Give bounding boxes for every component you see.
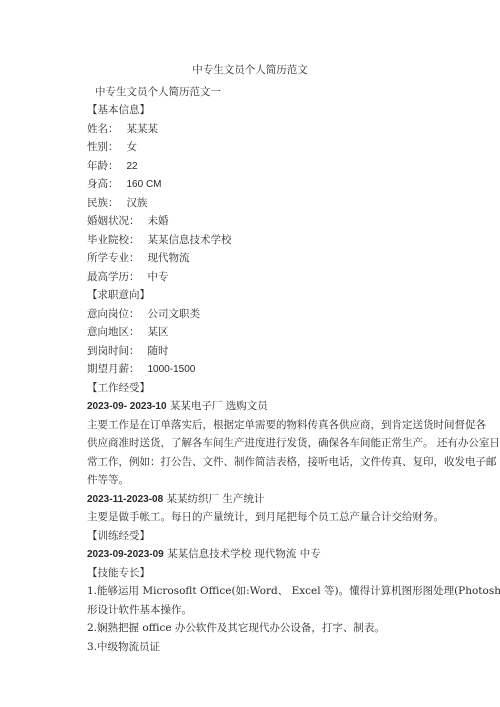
resume-subtitle-one: 中专生文员个人简历范文一 (95, 85, 221, 99)
field-age: 年龄：22 (87, 159, 138, 174)
field-value: 现代物流 (148, 252, 190, 264)
field-school: 毕业院校：某某信息技术学校 (87, 233, 232, 247)
field-value: 某区 (148, 326, 169, 338)
field-marital-status: 婚姻状况：未婚 (87, 214, 169, 228)
field-value: 公司文职类 (148, 308, 201, 320)
field-value: 汉族 (127, 197, 148, 209)
field-label: 期望月薪： (87, 362, 140, 376)
work-period: 2023-09- 2023-10 (87, 401, 167, 412)
training-entry: 2023-09-2023-09 某某信息技术学校 现代物流 中专 (87, 547, 321, 562)
field-height: 身高：160 CM (87, 177, 162, 192)
work-entry-2-header: 2023-11-2023-08 某某纺织厂 生产统计 (87, 492, 264, 507)
work-org-role: 某某纺织厂 生产统计 (167, 493, 265, 505)
field-major: 所学专业：现代物流 (87, 251, 190, 265)
field-value: 中专 (148, 271, 169, 283)
field-name: 姓名：某某某 (87, 122, 158, 136)
field-start-time: 到岗时间：随时 (87, 344, 169, 358)
field-value: 某某信息技术学校 (148, 234, 232, 246)
work-org-role: 某某电子厂 选购文员 (170, 400, 268, 412)
skill-line: 2.娴熟把握 office 办公软件及其它现代办公设备，打字、制表。 (87, 621, 385, 635)
skill-line: 3.中级物流员证 (87, 640, 160, 654)
field-expected-salary: 期望月薪：1000-1500 (87, 362, 195, 377)
field-label: 最高学历： (87, 270, 140, 284)
section-work-experience: 【工作经受】 (87, 381, 150, 395)
work-entry-1-header: 2023-09- 2023-10 某某电子厂 选购文员 (87, 399, 268, 414)
work-entry-1-desc-line: 件等等。 (87, 473, 129, 487)
work-period: 2023-11-2023-08 (87, 494, 163, 505)
work-entry-2-desc-line: 主要是做手帐工。每日的产量统计，到月尾把每个员工总产量合计交给财务。 (87, 510, 444, 524)
field-value: 女 (127, 141, 138, 153)
section-basic-info: 【基本信息】 (87, 103, 150, 117)
document-page: 中专生文员个人简历范文 中专生文员个人简历范文一 【基本信息】 姓名：某某某 性… (0, 0, 500, 707)
field-label: 意向地区： (87, 325, 140, 339)
field-label: 民族： (87, 196, 119, 210)
field-target-region: 意向地区：某区 (87, 325, 169, 339)
document-title: 中专生文员个人简历范文 (0, 62, 500, 77)
skill-line: 1.能够运用 Microsoflt Office(如:Word、 Excel 等… (87, 584, 500, 598)
field-label: 婚姻状况： (87, 214, 140, 228)
field-label: 毕业院校： (87, 233, 140, 247)
section-training: 【训练经受】 (87, 529, 150, 543)
field-ethnicity: 民族：汉族 (87, 196, 148, 210)
field-label: 年龄： (87, 159, 119, 173)
field-value: 160 CM (127, 179, 162, 190)
field-label: 到岗时间： (87, 344, 140, 358)
field-label: 性别： (87, 140, 119, 154)
field-label: 身高： (87, 177, 119, 191)
field-gender: 性别：女 (87, 140, 137, 154)
section-skills: 【技能专长】 (87, 566, 150, 580)
field-label: 意向岗位： (87, 307, 140, 321)
work-entry-1-desc-line: 供应商准时送货，了解各车间生产进度进行发货，确保各车间能正常生产。 还有办公室日 (87, 436, 500, 450)
section-job-intent: 【求职意向】 (87, 288, 150, 302)
work-entry-1-desc-line: 常工作，例如：打公告、文件、制作简洁表格，接听电话，文件传真、复印，收发电子邮 (87, 455, 497, 469)
training-period: 2023-09-2023-09 (87, 549, 164, 560)
training-detail: 某某信息技术学校 现代物流 中专 (167, 548, 321, 560)
field-value: 1000-1500 (148, 364, 196, 375)
field-value: 未婚 (148, 215, 169, 227)
field-label: 所学专业： (87, 251, 140, 265)
field-value: 22 (127, 161, 138, 172)
skill-line: 形设计软件基本操作。 (87, 603, 192, 617)
field-value: 某某某 (127, 123, 159, 135)
field-value: 随时 (148, 345, 169, 357)
field-education: 最高学历：中专 (87, 270, 169, 284)
field-target-position: 意向岗位：公司文职类 (87, 307, 200, 321)
field-label: 姓名： (87, 122, 119, 136)
work-entry-1-desc-line: 主要工作是在订单落实后，根据定单需要的物料传真各供应商，到肯定送货时间督促各 (87, 418, 486, 432)
